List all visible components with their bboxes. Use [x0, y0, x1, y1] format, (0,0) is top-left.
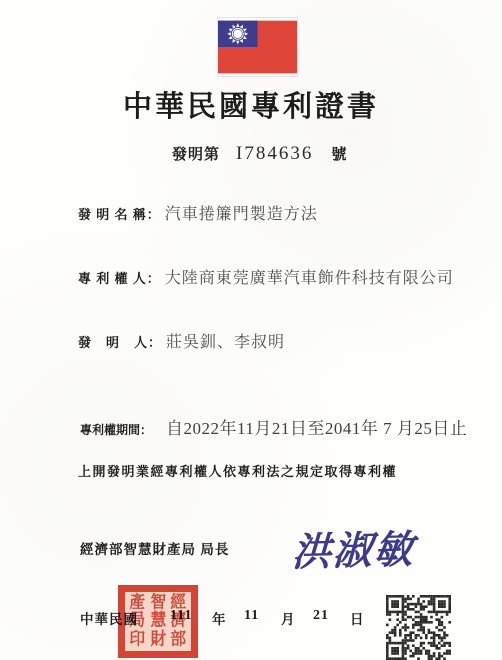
field-value: 莊吳釧、李叔明	[166, 334, 285, 351]
field-label: 專 利 權 人：	[78, 271, 161, 286]
date-month-unit: 月	[281, 608, 296, 628]
qr-code	[386, 595, 451, 660]
roc-flag-graphic	[218, 18, 297, 76]
director-signature: 洪淑敏	[291, 518, 423, 577]
official-seal-stamp: 產 智 經 局 慧 濟 印 財 部	[118, 585, 198, 658]
patent-number-prefix: 發明第	[172, 147, 220, 163]
seal-glyph: 財	[147, 629, 169, 650]
field-patent-term: 專利權期間：自2022年11月21日至2041年 7 月25日止	[80, 414, 467, 439]
seal-glyph: 印	[126, 629, 148, 650]
date-day-unit: 日	[350, 608, 365, 628]
seal-glyph: 部	[168, 629, 190, 650]
field-value: 汽車捲簾門製造方法	[165, 206, 318, 223]
field-inventors: 發 明 人：莊吳釧、李叔明	[78, 329, 285, 352]
grant-statement: 上開發明業經專利權人依專利法之規定取得專利權	[78, 461, 397, 480]
field-label: 發 明 名 稱：	[78, 207, 161, 222]
field-value: 自2022年11月21日至2041年 7 月25日止	[166, 419, 467, 438]
date-day: 21	[313, 608, 329, 624]
issuer-title: 經濟部智慧財產局 局長	[80, 538, 229, 558]
field-invention-name: 發 明 名 稱：汽車捲簾門製造方法	[78, 201, 318, 224]
patent-number-suffix: 號	[331, 147, 347, 163]
patent-number-value: I784636	[236, 143, 313, 164]
certificate-page: 中華民國專利證書 發明第I784636號 發 明 名 稱：汽車捲簾門製造方法 專…	[0, 0, 502, 660]
date-month: 11	[244, 608, 259, 624]
field-value: 大陸商東莞廣華汽車飾件科技有限公司	[165, 270, 454, 287]
date-year-unit: 年	[212, 608, 227, 628]
field-label: 專利權期間：	[80, 423, 152, 437]
field-patentee: 專 利 權 人：大陸商東莞廣華汽車飾件科技有限公司	[78, 265, 454, 288]
roc-flag	[218, 18, 297, 76]
field-label: 發 明 人：	[78, 335, 162, 350]
certificate-title: 中華民國專利證書	[0, 84, 502, 125]
patent-number-line: 發明第I784636號	[172, 143, 347, 165]
